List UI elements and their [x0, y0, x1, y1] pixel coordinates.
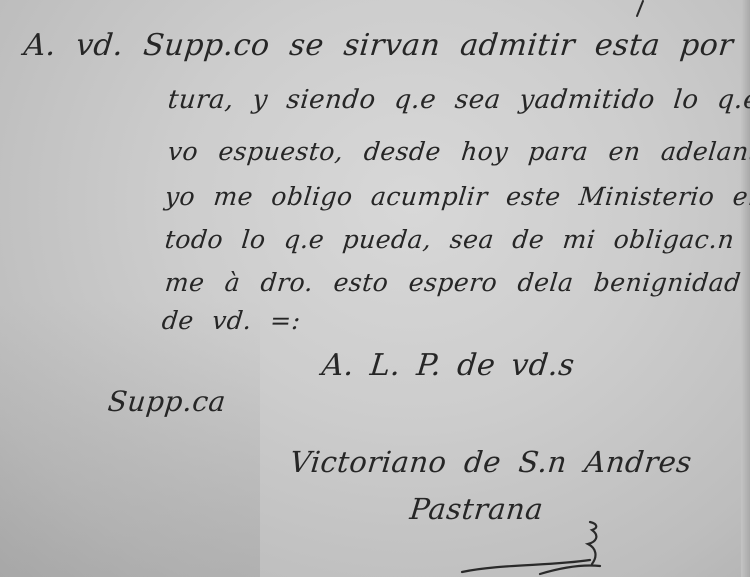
body-line-7: de vd. =: [160, 306, 302, 335]
supplicant-label: Supp.ca [106, 385, 227, 418]
body-line-2: tura, y siendo q.e sea yadmitido lo q.e … [166, 85, 750, 115]
ink-mark [633, 0, 645, 18]
manuscript-page: A. vd. Supp.co se sirvan admitir esta po… [0, 0, 750, 577]
signature-flourish-icon [460, 520, 630, 577]
signature-name: Victoriano de S.n Andres [288, 445, 693, 479]
paper-shadow [0, 300, 260, 577]
body-line-3: vo espuesto, desde hoy para en adelante [166, 137, 750, 166]
body-line-1: A. vd. Supp.co se sirvan admitir esta po… [22, 28, 735, 63]
body-line-4: yo me obligo acumplir este Ministerio en [163, 182, 750, 211]
body-line-6: me à dro. esto espero dela benignidad [163, 268, 742, 297]
closing-formula: A. L. P. de vd.s [320, 348, 576, 383]
body-line-5: todo lo q.e pueda, sea de mi obligac.n c… [163, 225, 750, 254]
